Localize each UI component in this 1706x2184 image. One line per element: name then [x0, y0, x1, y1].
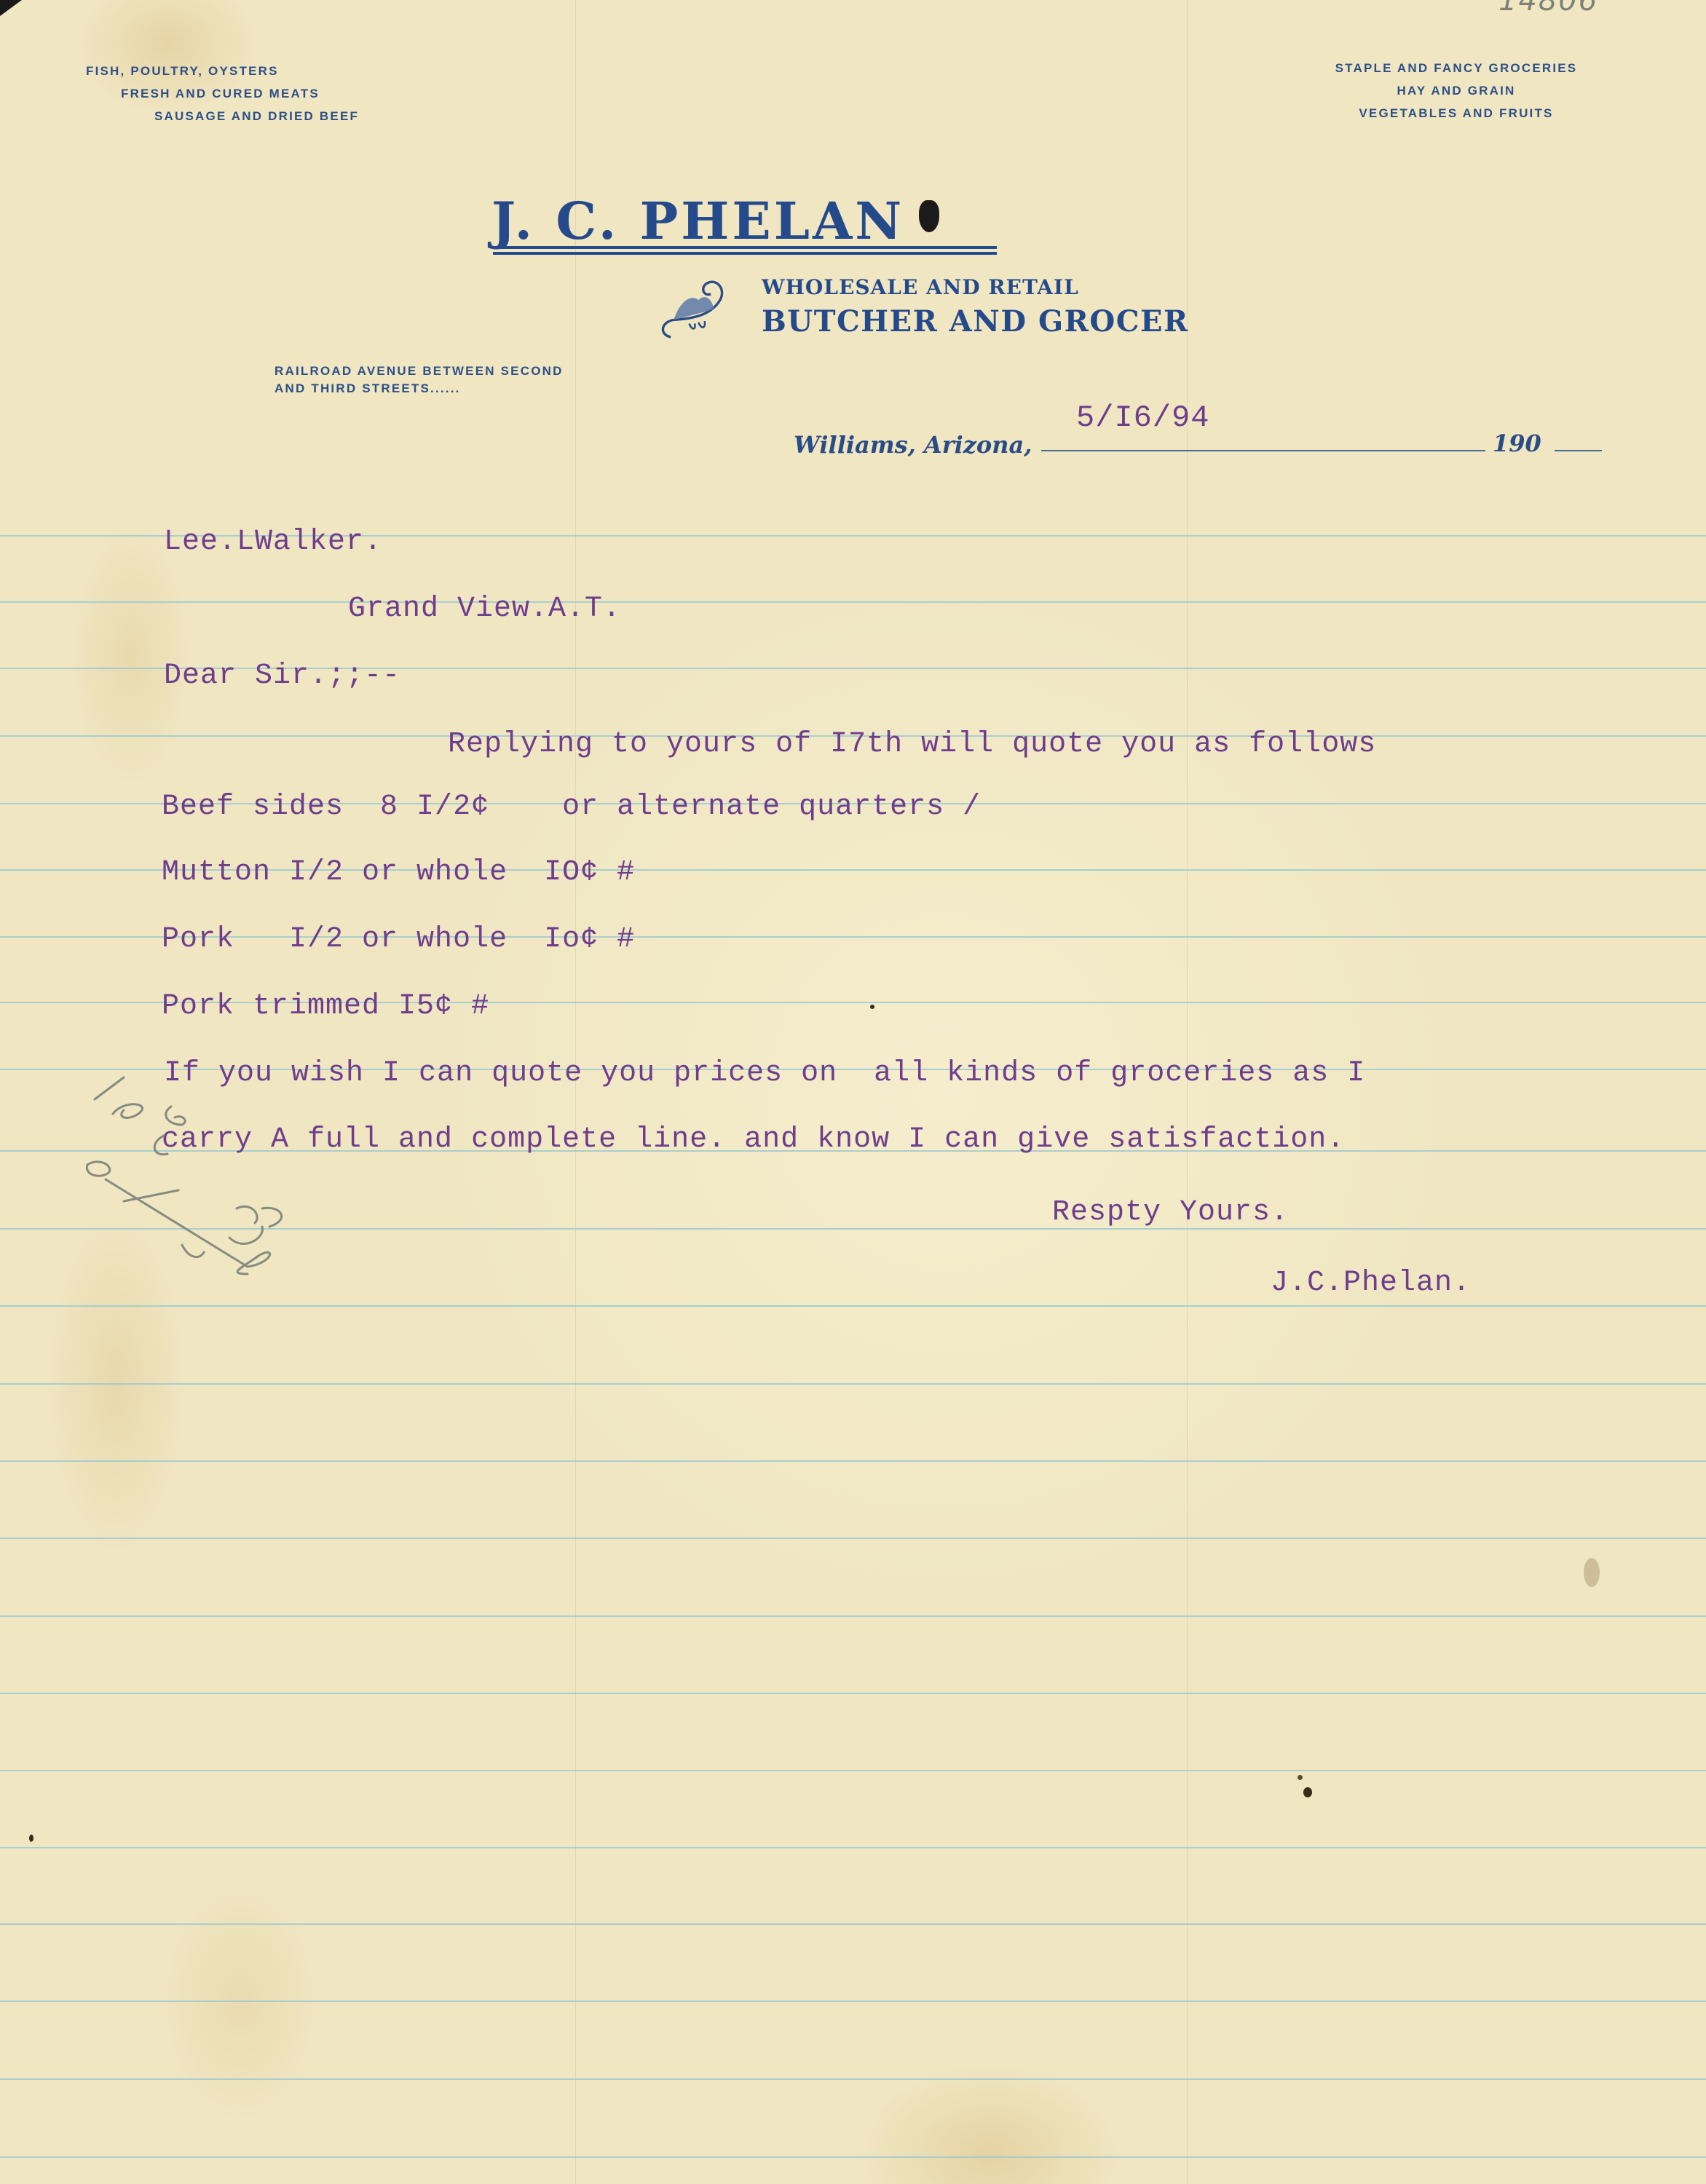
ruled-line — [0, 1615, 1706, 1617]
address-line: RAILROAD AVENUE BETWEEN SECOND — [275, 363, 564, 380]
signature: J.C.Phelan. — [1271, 1267, 1471, 1299]
tagline-butcher-grocer: BUTCHER AND GROCER — [762, 304, 1189, 339]
ruled-line — [0, 1923, 1706, 1925]
date-underline — [1041, 450, 1485, 451]
ruled-line — [0, 1693, 1706, 1694]
recipient-location: Grand View.A.T. — [348, 593, 621, 625]
price-line-pork: Pork I/2 or whole Io¢ # — [162, 923, 635, 956]
business-name: J. C. PHELAN — [491, 191, 904, 251]
brand-underline — [493, 252, 997, 255]
ink-spot — [1298, 1775, 1303, 1780]
street-address: RAILROAD AVENUE BETWEEN SECOND AND THIRD… — [275, 363, 564, 397]
price-line-mutton: Mutton I/2 or whole IO¢ # — [162, 856, 635, 889]
fold-crease — [575, 0, 576, 2184]
salutation: Dear Sir.;;-- — [164, 660, 400, 692]
year-prefix: 190 — [1493, 430, 1541, 457]
brand-underline — [493, 246, 997, 249]
ruled-line — [0, 601, 1706, 603]
ruled-line — [0, 1847, 1706, 1848]
service-line: VEGETABLES AND FRUITS — [1303, 102, 1609, 124]
ruled-line — [0, 1305, 1706, 1307]
ruled-line — [0, 1538, 1706, 1539]
body-line-1: If you wish I can quote you prices on al… — [164, 1057, 1365, 1090]
ruled-line — [0, 2156, 1706, 2158]
ruled-line — [0, 1770, 1706, 1771]
ink-spot — [1303, 1787, 1312, 1797]
tagline-wholesale: WHOLESALE AND RETAIL — [762, 275, 1079, 299]
corner-fold — [0, 0, 22, 16]
ruled-line — [0, 2078, 1706, 2080]
price-line-beef: Beef sides 8 I/2¢ or alternate quarters … — [162, 791, 981, 823]
address-line: AND THIRD STREETS...... — [275, 380, 564, 397]
service-line: STAPLE AND FANCY GROCERIES — [1303, 57, 1609, 79]
service-line: HAY AND GRAIN — [1303, 79, 1609, 102]
archive-number: 14806 — [1498, 0, 1598, 17]
closing: Respty Yours. — [1052, 1196, 1289, 1229]
body-line-2: carry A full and complete line. and know… — [162, 1123, 1345, 1156]
services-right: STAPLE AND FANCY GROCERIES HAY AND GRAIN… — [1303, 57, 1609, 124]
stain — [1584, 1558, 1600, 1587]
price-line-pork-trimmed: Pork trimmed I5¢ # — [162, 990, 489, 1023]
ink-spot — [29, 1835, 33, 1842]
ruled-line — [0, 2001, 1706, 2002]
service-line: FRESH AND CURED MEATS — [86, 82, 359, 105]
pencil-annotation — [44, 1048, 320, 1281]
ink-spot — [870, 1005, 874, 1009]
services-left: FISH, POULTRY, OYSTERS FRESH AND CURED M… — [86, 60, 359, 127]
letter-place: Williams, Arizona, — [794, 431, 1032, 459]
ruled-line — [0, 1383, 1706, 1385]
year-underline — [1555, 450, 1602, 451]
opening-line: Replying to yours of I7th will quote you… — [448, 728, 1376, 761]
floral-scroll-icon — [655, 273, 735, 346]
paper-hole — [919, 200, 939, 232]
letter-date: 5/I6/94 — [1076, 400, 1209, 435]
service-line: SAUSAGE AND DRIED BEEF — [86, 105, 359, 127]
service-line: FISH, POULTRY, OYSTERS — [86, 60, 359, 82]
recipient-name: Lee.LWalker. — [164, 526, 382, 558]
ruled-line — [0, 1460, 1706, 1462]
